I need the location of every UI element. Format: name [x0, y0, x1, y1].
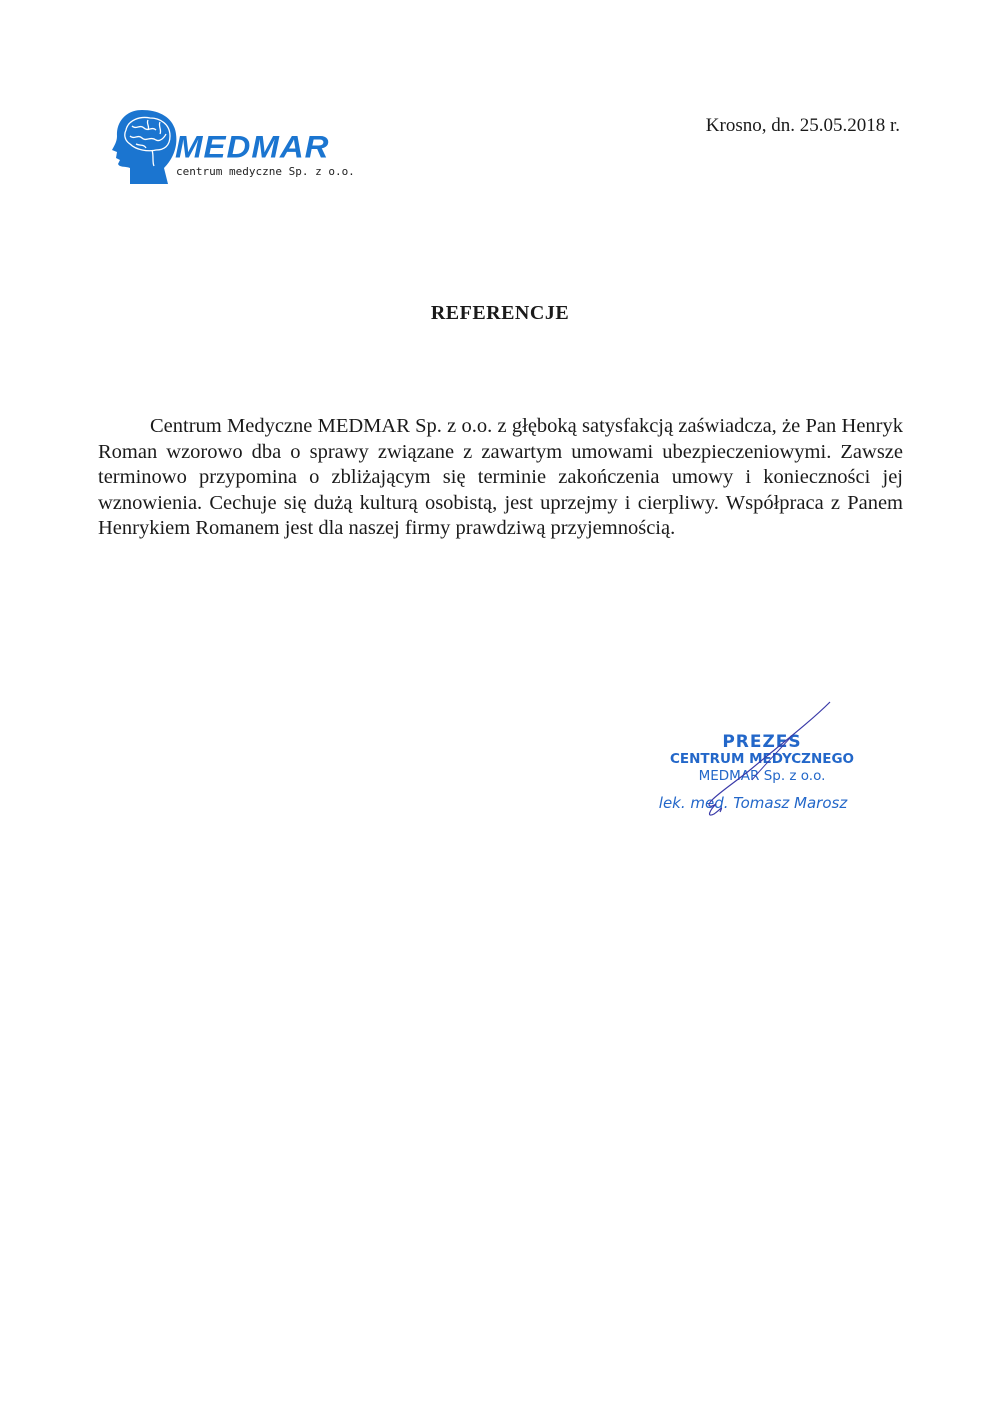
company-stamp: PREZES CENTRUM MEDYCZNEGO MEDMAR Sp. z o… — [622, 733, 862, 813]
company-logo: MEDMAR centrum medyczne Sp. z o.o. — [112, 108, 352, 188]
document-title: REFERENCJE — [0, 302, 1000, 325]
logo-subtitle: centrum medyczne Sp. z o.o. — [176, 165, 355, 178]
date-line: Krosno, dn. 25.05.2018 r. — [706, 115, 900, 137]
stamp-signatory: lek. med. Tomasz Marosz — [644, 793, 862, 813]
stamp-position: PREZES — [662, 733, 862, 751]
logo-brand-name: MEDMAR — [175, 131, 329, 162]
stamp-institution: CENTRUM MEDYCZNEGO — [662, 751, 862, 768]
stamp-company: MEDMAR Sp. z o.o. — [662, 768, 862, 785]
brain-head-icon — [112, 108, 178, 184]
reference-body: Centrum Medyczne MEDMAR Sp. z o.o. z głę… — [98, 414, 903, 542]
